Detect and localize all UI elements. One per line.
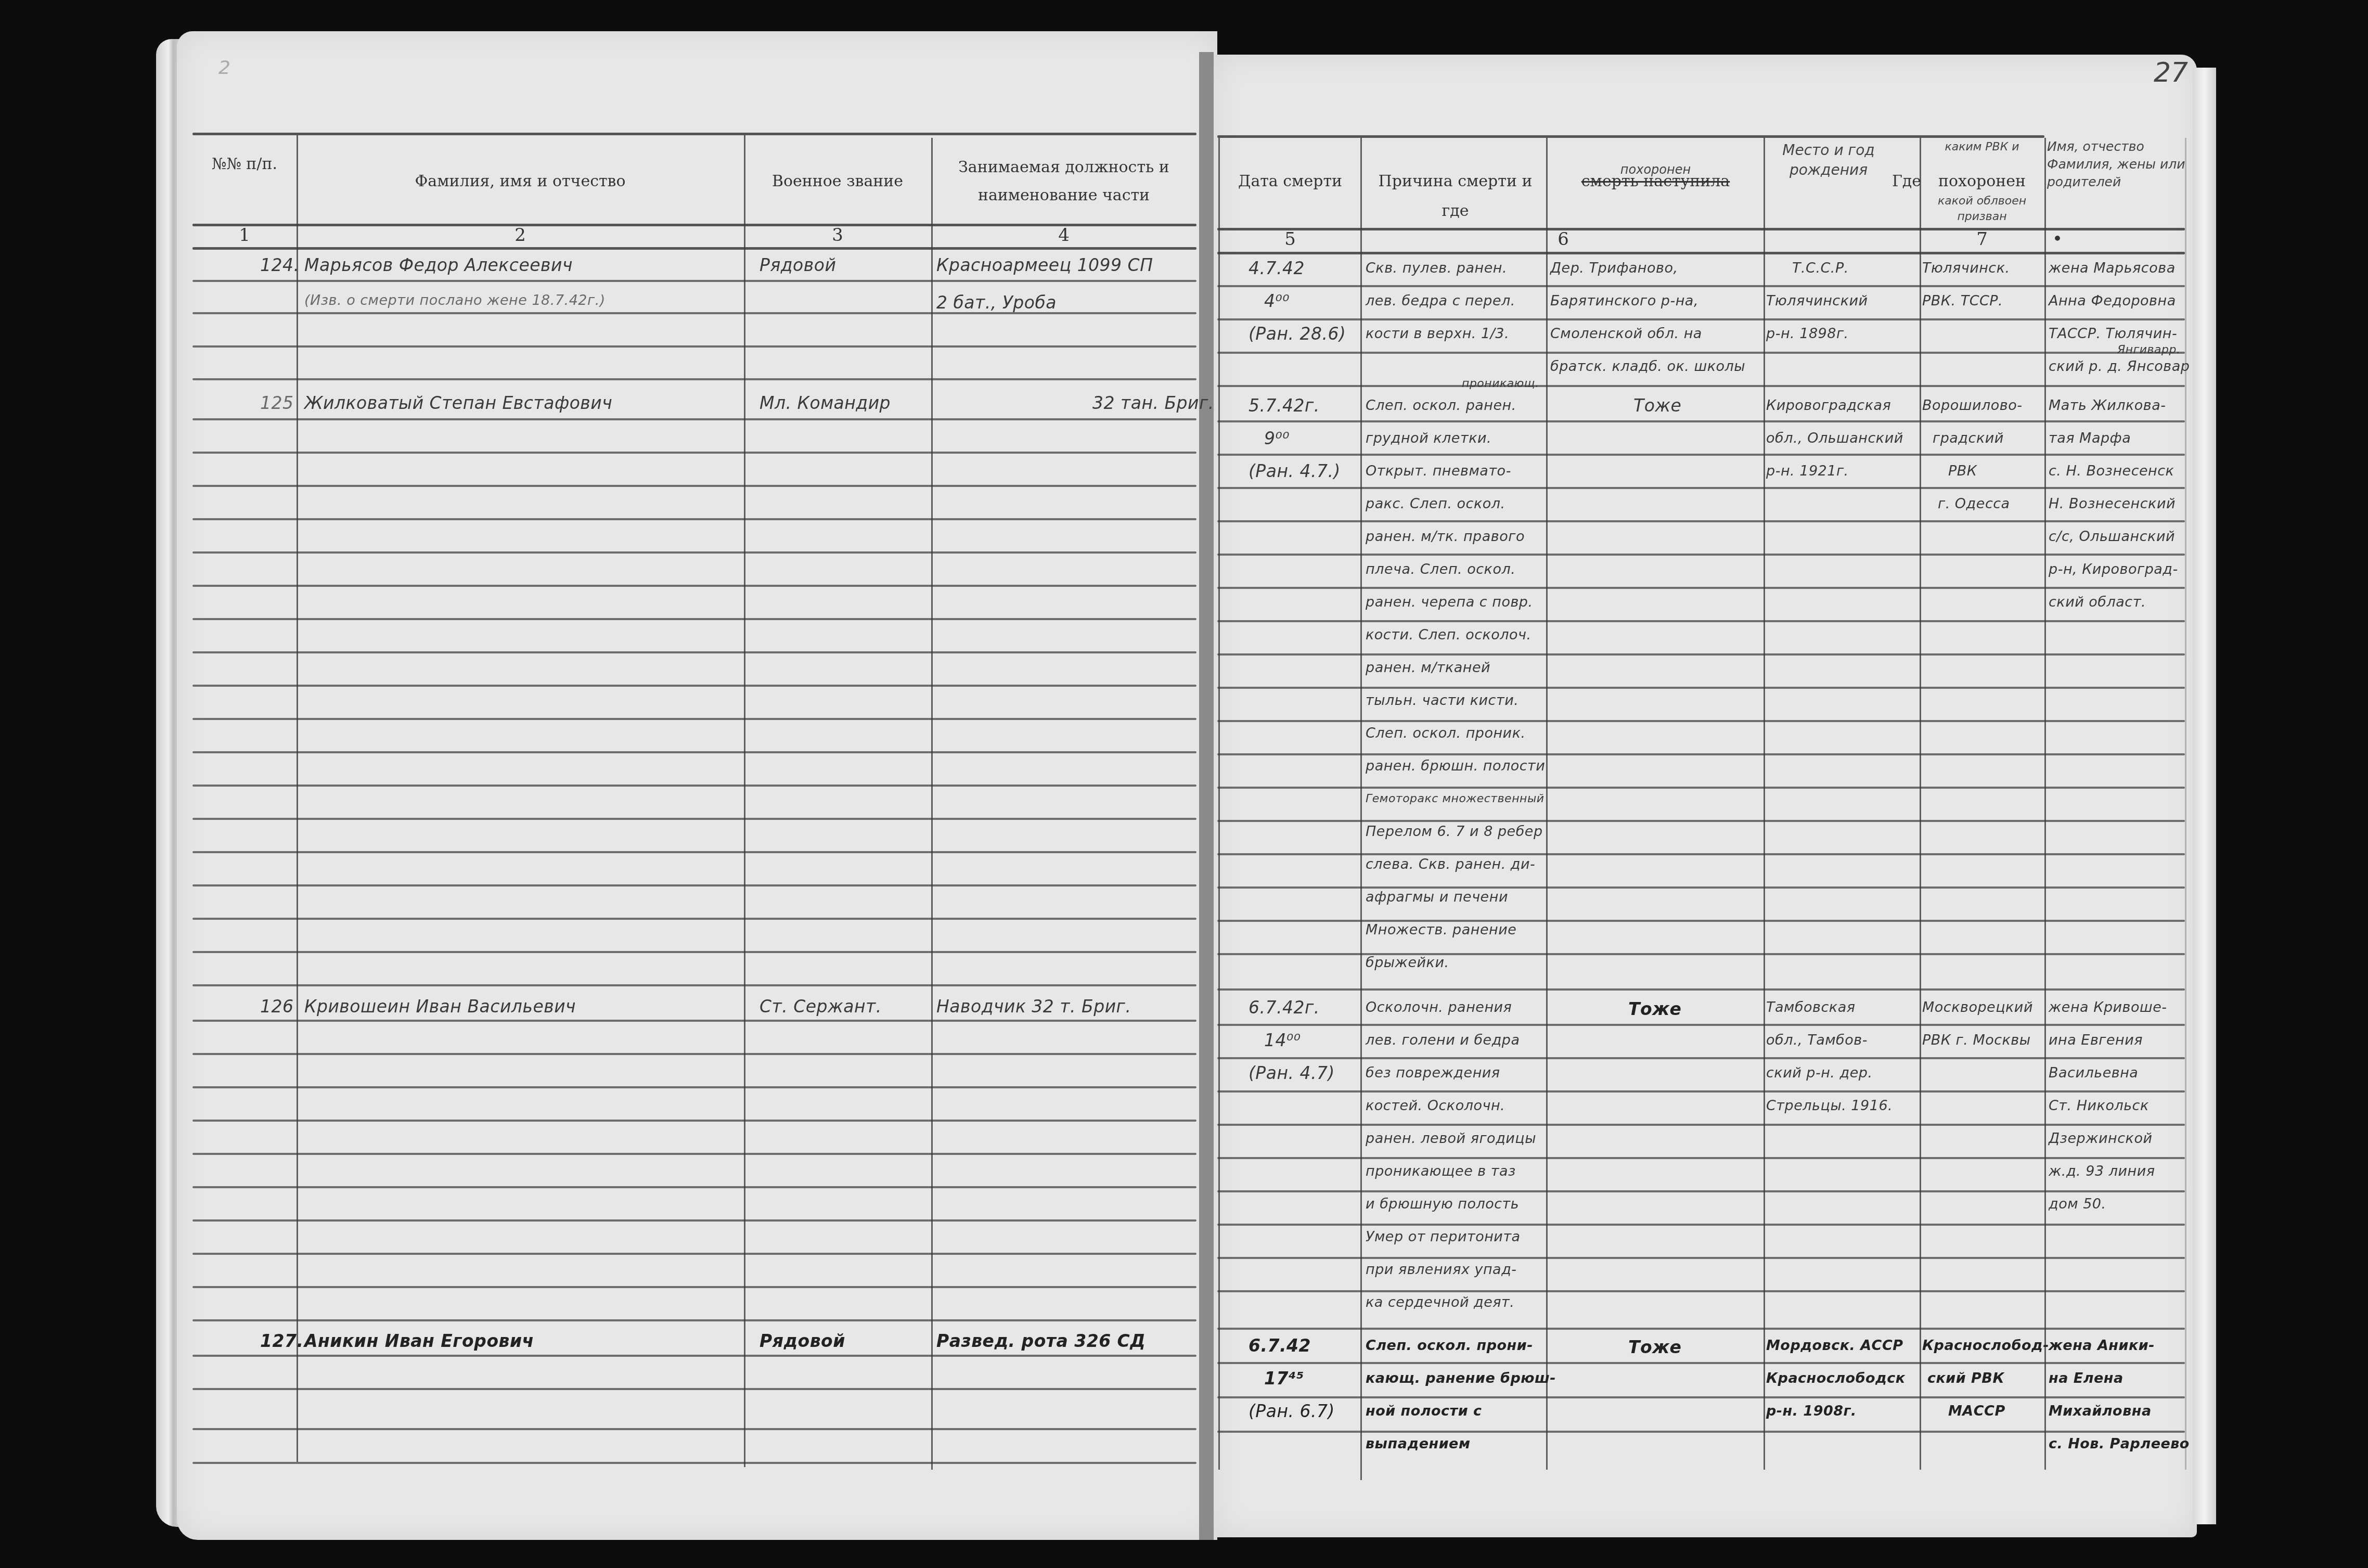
record-124-burial: Дер. Трифаново, Барятинского р-на, Смоле… — [1550, 252, 1745, 383]
header-rvk-bottom: какой облвоен призван — [1920, 194, 2044, 224]
record-127-position: Развед. рота 326 СД — [936, 1331, 1146, 1351]
record-126-birth: Тамбовская обл., Тамбов- ский р-н. дер. … — [1766, 991, 1893, 1122]
col-num-5: 5 — [1220, 229, 1360, 250]
record-127-death-date: 6.7.42 17⁴⁵ (Ран. 6.7) — [1249, 1329, 1335, 1428]
record-127-burial: Тоже — [1628, 1337, 1681, 1357]
header-where: Где — [1891, 166, 1922, 196]
col-num-3: 3 — [744, 225, 931, 246]
record-126-rank: Ст. Сержант. — [760, 996, 882, 1017]
col-num-8-mark: • — [2047, 229, 2068, 250]
record-126-number: 126 — [260, 996, 294, 1017]
record-127-birth: Мордовск. АССР Краснослободск р-н. 1908г… — [1766, 1329, 1906, 1428]
header-birth: Место и год рождения — [1766, 140, 1891, 180]
record-124-death-date: 4.7.42 4⁰⁰ (Ран. 28.6) — [1249, 252, 1346, 350]
col-num-4: 4 — [931, 225, 1196, 246]
page-number: 27 — [2154, 57, 2188, 88]
record-125-cause: Слеп. оскол. ранен. грудной клетки. Откр… — [1366, 389, 1545, 979]
header-name: Фамилия, имя и отчество — [297, 166, 744, 196]
book-page-stack-right — [2193, 68, 2216, 1524]
record-126-death-date: 6.7.42г. 14⁰⁰ (Ран. 4.7) — [1249, 991, 1335, 1089]
book-gutter — [1199, 52, 1214, 1540]
record-124-position-line2: 2 бат., Уроба — [936, 292, 1057, 313]
record-127-number: 127. — [260, 1331, 303, 1351]
header-burial-struck: смерть наступила — [1548, 166, 1764, 196]
record-126-relatives: жена Кривоше- ина Евгения Васильевна Ст.… — [2049, 991, 2167, 1220]
record-127-rank: Рядовой — [760, 1331, 845, 1351]
record-125-position: 32 тан. Бриг. — [1092, 393, 1214, 413]
record-124-cause: Скв. пулев. ранен. лев. бедра с перел. к… — [1366, 252, 1515, 350]
record-124-relatives: жена Марьясова Анна Федоровна ТАССР. Тюл… — [2049, 252, 2190, 383]
record-125-relatives: Мать Жилкова- тая Марфа с. Н. Вознесенск… — [2049, 389, 2178, 619]
record-126-position: Наводчик 32 т. Бриг. — [936, 996, 1131, 1017]
header-buried: похоронен — [1920, 166, 2044, 196]
record-125-name: Жилковатый Степан Евстафович — [304, 393, 612, 413]
col-num-1: 1 — [192, 225, 297, 246]
header-death-date: Дата смерти — [1220, 166, 1360, 196]
header-rank: Военное звание — [744, 166, 931, 196]
record-125-number: 125 — [260, 393, 294, 413]
record-125-death-date: 5.7.42г. 9⁰⁰ (Ран. 4.7.) — [1249, 389, 1341, 487]
header-position: Занимаемая должность и наименование част… — [936, 153, 1191, 210]
left-corner-mark: 2 — [218, 57, 230, 79]
record-127-rvk: Краснослобод- ский РВК МАССР — [1922, 1329, 2049, 1428]
record-127-name: Аникин Иван Егорович — [304, 1331, 534, 1351]
record-124-name: Марьясов Федор Алексеевич — [304, 255, 573, 275]
record-125-burial: Тоже — [1633, 395, 1681, 416]
col-num-7: 7 — [1920, 229, 2044, 250]
record-125-birth: Кировоградская обл., Ольшанский р-н. 192… — [1766, 389, 1903, 487]
record-126-burial: Тоже — [1628, 999, 1681, 1019]
record-126-name: Кривошеин Иван Васильевич — [304, 996, 576, 1017]
record-124-rvk: Тюлячинск. РВК. ТССР. — [1922, 252, 2010, 317]
record-127-cause: Слеп. оскол. прони- кающ. ранение брюш- … — [1366, 1329, 1556, 1460]
header-rvk-top: каким РВК и — [1920, 139, 2044, 155]
record-124-rank: Рядовой — [760, 255, 836, 275]
col-num-2: 2 — [297, 225, 744, 246]
header-relatives: Имя, отчество Фамилия, жены или родителе… — [2047, 138, 2187, 190]
record-124-name-note: (Изв. о смерти послано жене 18.7.42г.) — [304, 292, 606, 309]
record-124-relatives-superscript: Янгиварр. — [2117, 343, 2180, 356]
record-126-cause: Осколочн. ранения лев. голени и бедра бе… — [1366, 991, 1536, 1319]
record-124-birth: Т.С.С.Р. Тюлячинский р-н. 1898г. — [1766, 252, 1868, 350]
record-124-number: 124. — [260, 255, 299, 275]
record-125-cause-superscript: проникающ. — [1462, 377, 1539, 390]
header-cause: Причина смерти и где — [1363, 166, 1548, 226]
record-124-position-line1: Красноармеец 1099 СП — [936, 255, 1153, 275]
record-126-rvk: Москворецкий РВК г. Москвы — [1922, 991, 2033, 1057]
record-127-relatives: жена Аники- на Елена Михайловна с. Нов. … — [2049, 1329, 2190, 1460]
record-125-rvk: Ворошилово- градский РВК г. Одесса — [1922, 389, 2022, 520]
col-num-6: 6 — [1548, 229, 1579, 250]
header-number: №№ п/п. — [192, 151, 297, 177]
record-125-rank: Мл. Командир — [760, 393, 891, 413]
